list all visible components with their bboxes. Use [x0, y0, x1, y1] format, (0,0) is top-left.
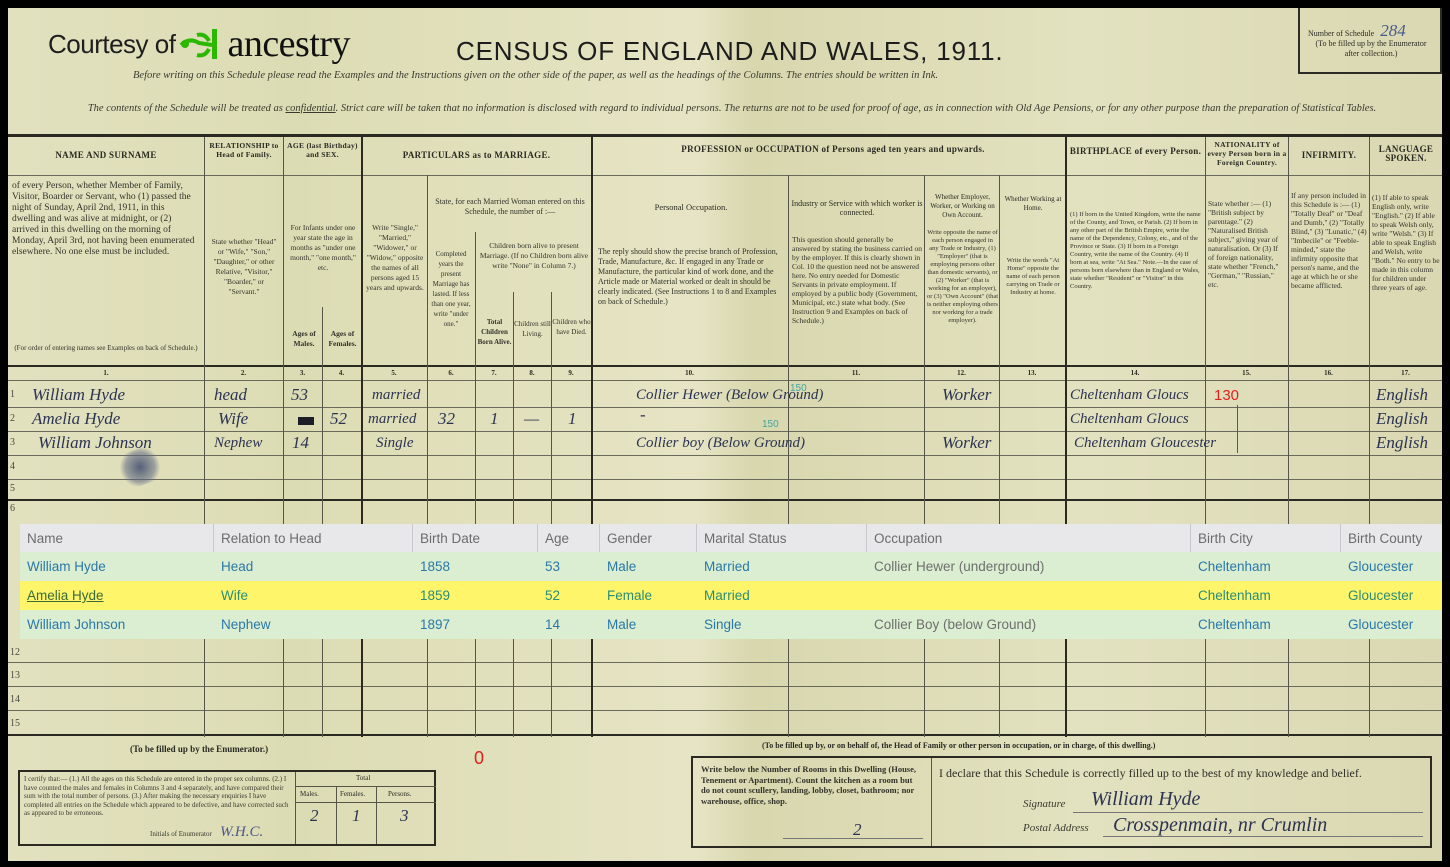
handwritten-age-male: 53	[291, 385, 308, 405]
name-cell: Amelia Hyde	[20, 581, 214, 610]
name-column-description: of every Person, whether Member of Famil…	[12, 181, 200, 258]
ages-females-label: Ages of Females.	[324, 329, 361, 349]
address-line	[1103, 836, 1423, 837]
employer-description: Write opposite the name of each person e…	[927, 229, 998, 325]
age-column-heading: AGE (last Birthday) and SEX.	[284, 141, 361, 159]
handwritten-occupation: Collier boy (Below Ground)	[636, 435, 805, 452]
birth-city-cell: Cheltenham	[1191, 610, 1341, 639]
census-document: Courtesy of ancestry CENSUS OF ENGLAND A…	[8, 8, 1442, 861]
relationship-description: State whether "Head" or "Wife," "Son," "…	[208, 237, 280, 297]
dwelling-declaration-box: Write below the Number of Rooms in this …	[691, 756, 1432, 848]
table-row[interactable]: William Johnson Nephew 1897 14 Male Sing…	[20, 610, 1442, 639]
handwritten-birthplace: Cheltenham Gloucs	[1070, 387, 1189, 404]
grid-line	[924, 175, 925, 737]
column-number: 6.	[427, 369, 475, 377]
ancestry-leaf-icon	[179, 29, 223, 59]
red-footer-mark: 0	[474, 748, 484, 769]
head-of-family-label: (To be filled up by, or on behalf of, th…	[762, 741, 1155, 750]
marriage-column-heading: PARTICULARS as to MARRIAGE.	[362, 151, 591, 160]
grid-line	[513, 292, 514, 737]
person-name-link[interactable]: William Hyde	[20, 552, 214, 581]
signature-label: Signature	[1023, 798, 1065, 810]
completed-years-description: Completed years the present Marriage has…	[428, 249, 474, 329]
column-number: 3.	[283, 369, 322, 377]
row-number: 2	[10, 413, 15, 424]
handwritten-name: Amelia Hyde	[32, 409, 120, 429]
grid-line	[1065, 137, 1067, 737]
ages-males-label: Ages of Males.	[286, 329, 322, 349]
enumerator-certification-box: I certify that:— (1.) All the ages on th…	[18, 770, 436, 846]
handwritten-birthplace: Cheltenham Gloucs	[1070, 411, 1189, 428]
grid-line	[1369, 137, 1370, 737]
personal-occupation-description: The reply should show the precise branch…	[598, 247, 786, 307]
red-mark-line	[1237, 405, 1238, 453]
column-number: 8.	[513, 369, 551, 377]
occupation-cell: Collier Hewer (underground)	[867, 552, 1191, 581]
handwritten-marriage: married	[372, 387, 420, 404]
age-cell: 14	[538, 610, 600, 639]
crossed-out-mark	[298, 417, 314, 425]
at-home-description: Write the words "At Home" opposite the n…	[1003, 257, 1063, 297]
children-born-description: Children born alive to present Marriage.…	[478, 241, 590, 271]
persons-total: 3	[400, 806, 409, 826]
row-number: 5	[10, 483, 15, 494]
column-number: 12.	[924, 369, 999, 377]
occupation-cell: Collier Boy (below Ground)	[867, 610, 1191, 639]
grid-line	[8, 365, 1442, 367]
grid-line	[475, 232, 476, 737]
header-name[interactable]: Name	[20, 524, 214, 552]
box-divider	[931, 758, 932, 846]
birth-city-cell: Cheltenham	[1191, 552, 1341, 581]
language-description: (1) If able to speak English only, write…	[1372, 193, 1442, 292]
column-number: 9.	[551, 369, 591, 377]
females-label: Females.	[340, 790, 365, 798]
handwritten-employer: Worker	[942, 385, 991, 405]
age-description: For Infants under one year state the age…	[286, 223, 360, 273]
personal-occupation-heading: Personal Occupation.	[594, 203, 788, 212]
ancestry-courtesy-logo: Courtesy of ancestry	[48, 22, 350, 66]
header-relation[interactable]: Relation to Head	[214, 524, 413, 552]
handwritten-relation: Nephew	[214, 435, 262, 452]
postal-address-label: Postal Address	[1023, 822, 1089, 834]
at-home-heading: Whether Working at Home.	[1001, 195, 1065, 213]
total-children-label: Total Children Born Alive.	[476, 317, 513, 347]
enumerator-label: (To be filled up by the Enumerator.)	[130, 744, 268, 754]
grid-line	[376, 786, 377, 844]
handwritten-marriage: Single	[376, 435, 414, 452]
employer-heading: Whether Employer, Worker, or Working on …	[926, 193, 999, 220]
rooms-count: 2	[853, 820, 862, 840]
birth-city-cell: Cheltenham	[1191, 581, 1341, 610]
grid-line	[336, 786, 337, 844]
totals-grid: Total Males. Females. Persons. 2 1 3	[295, 772, 436, 844]
column-number: 14.	[1065, 369, 1205, 377]
grid-line	[591, 137, 593, 737]
industry-heading: Industry or Service with which worker is…	[790, 199, 924, 217]
grid-line	[8, 499, 1442, 501]
grid-line	[8, 662, 1442, 663]
handwritten-years-married: 32	[438, 409, 455, 429]
gender-cell: Male	[600, 552, 697, 581]
column-number: 5.	[361, 369, 427, 377]
teal-code-mark: 150	[762, 419, 779, 430]
birthplace-column-heading: BIRTHPLACE of every Person.	[1066, 147, 1205, 156]
courtesy-text: Courtesy of	[48, 29, 175, 60]
row-number: 3	[10, 437, 15, 448]
rooms-instruction: Write below the Number of Rooms in this …	[701, 764, 923, 806]
relationship-column-heading: RELATIONSHIP to Head of Family.	[206, 141, 282, 159]
column-number: 4.	[322, 369, 361, 377]
confidential-underlined: confidential	[285, 103, 335, 114]
column-number: 1.	[8, 369, 204, 377]
grid-line	[361, 137, 363, 737]
grid-line	[999, 175, 1000, 737]
document-title: CENSUS OF ENGLAND AND WALES, 1911.	[456, 36, 1003, 67]
grid-line	[8, 734, 1442, 736]
married-woman-description: State, for each Married Woman entered on…	[430, 197, 590, 217]
handwritten-relation: head	[214, 385, 247, 405]
initials-label: Initials of Enumerator	[150, 830, 212, 838]
grid-line	[8, 175, 1442, 176]
handwritten-total-children: 1	[490, 409, 499, 429]
transcription-table: Name Relation to Head Birth Date Age Gen…	[20, 524, 1442, 639]
certify-text: I certify that:— (1.) All the ages on th…	[24, 775, 294, 818]
grid-line	[788, 175, 789, 737]
header-marital-status[interactable]: Marital Status	[697, 524, 867, 552]
grid-line	[8, 479, 1442, 480]
column-number: 7.	[475, 369, 513, 377]
handwritten-language: English	[1376, 409, 1428, 429]
gender-cell: Male	[600, 610, 697, 639]
birthplace-description: (1) If born in the United Kingdom, write…	[1070, 211, 1202, 291]
schedule-label: Number of Schedule	[1308, 29, 1374, 38]
header-age[interactable]: Age	[538, 524, 600, 552]
instruction-line-1: Before writing on this Schedule please r…	[133, 70, 938, 81]
grid-line	[1288, 137, 1289, 737]
instruction-text: . Strict care will be taken that no info…	[336, 103, 1377, 114]
column-number: 17.	[1369, 369, 1442, 377]
red-code-mark: 130	[1214, 387, 1239, 404]
handwritten-children-died: 1	[568, 409, 577, 429]
grid-line	[8, 407, 1442, 408]
persons-label: Persons.	[388, 790, 412, 798]
grid-line	[336, 802, 436, 803]
teal-code-mark: 150	[790, 383, 807, 394]
handwritten-employer: Worker	[942, 433, 991, 453]
row-number: 12	[10, 647, 20, 658]
handwritten-name: William Hyde	[32, 385, 125, 405]
males-total: 2	[310, 806, 319, 826]
instruction-text: The contents of the Schedule will be tre…	[88, 103, 286, 114]
grid-line	[283, 137, 284, 737]
handwritten-age-male: 14	[292, 433, 309, 453]
profession-column-heading: PROFESSION or OCCUPATION of Persons aged…	[648, 145, 1018, 154]
row-number: 1	[10, 389, 15, 400]
signature-line	[1073, 812, 1423, 813]
grid-line	[8, 710, 1442, 711]
header-birth-date[interactable]: Birth Date	[413, 524, 538, 552]
birth-county-cell: Gloucester	[1341, 610, 1442, 639]
column-number: 11.	[788, 369, 924, 377]
column-number: 10.	[591, 369, 788, 377]
postal-address-value: Crosspenmain, nr Crumlin	[1113, 814, 1327, 837]
name-column-note: (For order of entering names see Example…	[12, 343, 200, 353]
schedule-note: (To be filled up by the Enumerator after…	[1308, 39, 1434, 59]
birth-county-cell: Gloucester	[1341, 581, 1442, 610]
column-number: 13.	[999, 369, 1065, 377]
header-gender[interactable]: Gender	[600, 524, 697, 552]
infirmity-description: If any person included in this Schedule …	[1291, 191, 1367, 290]
row-number: 14	[10, 694, 20, 705]
grid-line	[296, 786, 436, 787]
table-row[interactable]: William Hyde Head 1858 53 Male Married C…	[20, 552, 1442, 581]
handwritten-birthplace: Cheltenham Gloucester	[1074, 435, 1216, 452]
grid-line	[204, 137, 205, 737]
marital-status-cell: Married	[697, 581, 867, 610]
census-grid: NAME AND SURNAME RELATIONSHIP to Head of…	[8, 134, 1442, 734]
birth-county-cell: Gloucester	[1341, 552, 1442, 581]
name-column-heading: NAME AND SURNAME	[8, 151, 204, 160]
row-number: 13	[10, 670, 20, 681]
rooms-line	[783, 838, 923, 839]
birth-date-cell: 1859	[413, 581, 538, 610]
infirmity-column-heading: INFIRMITY.	[1289, 151, 1369, 160]
column-number: 16.	[1288, 369, 1369, 377]
schedule-number-box: Number of Schedule 284 (To be filled up …	[1298, 8, 1442, 74]
marital-status-cell: Single	[697, 610, 867, 639]
marital-status-cell: Married	[697, 552, 867, 581]
row-number: 6	[10, 503, 15, 514]
grid-line	[8, 455, 1442, 456]
declaration-text: I declare that this Schedule is correctl…	[939, 766, 1362, 781]
age-cell: 53	[538, 552, 600, 581]
marital-write-description: Write "Single," "Married," "Widower," or…	[364, 223, 426, 293]
occupation-cell	[867, 581, 1191, 610]
table-row-highlighted[interactable]: Amelia Hyde Wife 1859 52 Female Married …	[20, 581, 1442, 610]
person-name-link[interactable]: William Johnson	[20, 610, 214, 639]
relation-cell: Wife	[214, 581, 413, 610]
handwritten-children-living: —	[524, 409, 539, 429]
person-name-link[interactable]: Amelia Hyde	[27, 588, 104, 603]
row-number: 4	[10, 461, 15, 472]
grid-line	[296, 802, 336, 803]
handwritten-relation: Wife	[218, 409, 248, 429]
relation-cell: Nephew	[214, 610, 413, 639]
column-number: 15.	[1205, 369, 1288, 377]
column-number: 2.	[204, 369, 283, 377]
handwritten-language: English	[1376, 385, 1428, 405]
grid-line	[8, 686, 1442, 687]
birth-date-cell: 1897	[413, 610, 538, 639]
signature-value: William Hyde	[1091, 788, 1200, 811]
header-occupation[interactable]: Occupation	[867, 524, 1191, 552]
transcription-header-row: Name Relation to Head Birth Date Age Gen…	[20, 524, 1442, 552]
grid-line	[8, 431, 1442, 432]
gender-cell: Female	[600, 581, 697, 610]
handwritten-marriage: married	[368, 411, 416, 428]
grid-line	[551, 292, 552, 737]
handwritten-age-female: 52	[330, 409, 347, 429]
age-cell: 52	[538, 581, 600, 610]
males-label: Males.	[300, 790, 319, 798]
nationality-column-heading: NATIONALITY of every Person born in a Fo…	[1206, 140, 1288, 167]
header-birth-city[interactable]: Birth City	[1191, 524, 1341, 552]
children-living-label: Children still Living.	[514, 319, 551, 339]
row-number: 15	[10, 718, 20, 729]
children-died-label: Children who have Died.	[552, 317, 591, 337]
header-birth-county[interactable]: Birth County	[1341, 524, 1442, 552]
handwritten-language: English	[1376, 433, 1428, 453]
handwritten-occupation: -	[640, 405, 646, 425]
enumerator-initials: W.H.C.	[220, 824, 263, 841]
nationality-description: State whether :— (1) "British subject by…	[1208, 199, 1286, 289]
birth-date-cell: 1858	[413, 552, 538, 581]
instruction-line-2: The contents of the Schedule will be tre…	[22, 101, 1442, 117]
industry-description: This question should generally be answer…	[792, 235, 922, 325]
schedule-number: 284	[1380, 21, 1406, 40]
females-total: 1	[352, 806, 361, 826]
relation-cell: Head	[214, 552, 413, 581]
total-label: Total	[356, 774, 370, 782]
grid-line	[8, 380, 1442, 381]
language-column-heading: LANGUAGE SPOKEN.	[1370, 145, 1442, 163]
ancestry-brand: ancestry	[227, 22, 350, 66]
